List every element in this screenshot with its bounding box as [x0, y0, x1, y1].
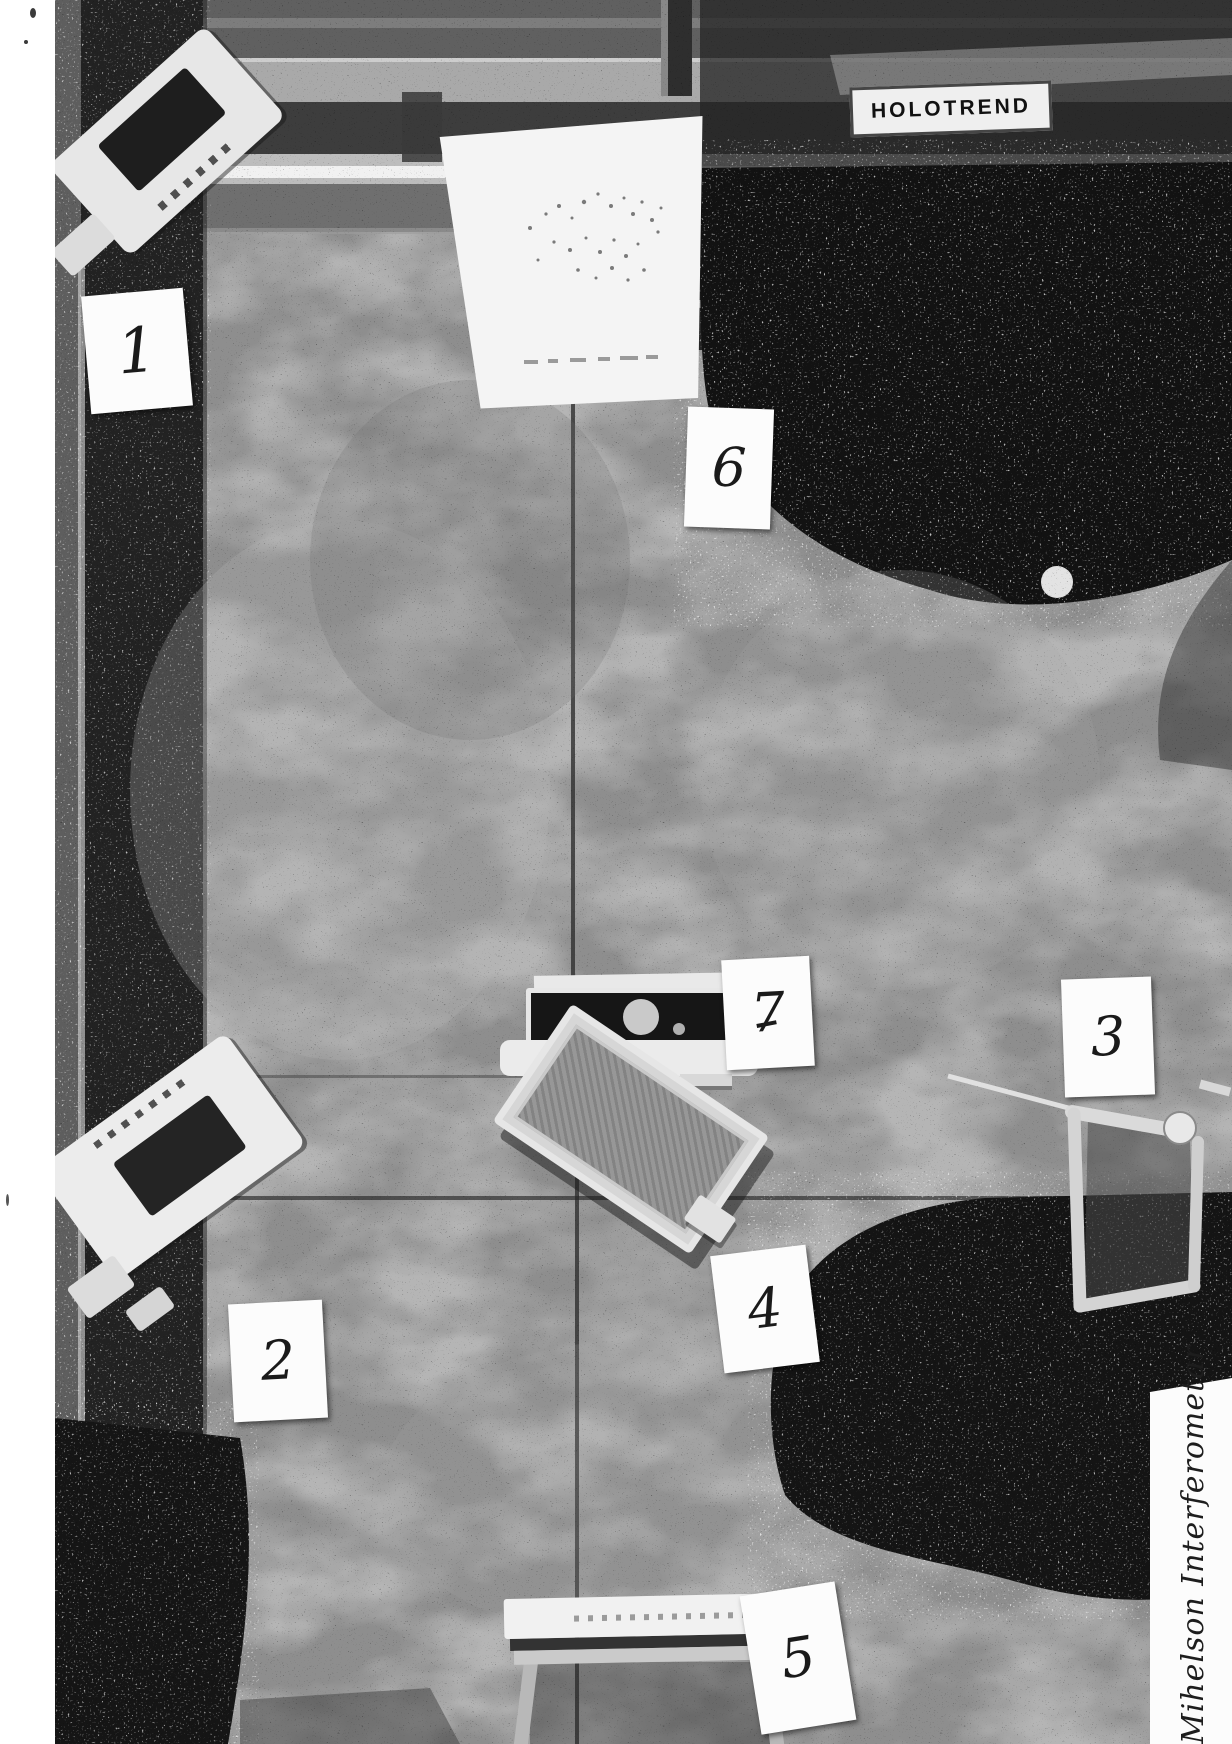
laser-2-foot-small	[125, 1286, 176, 1333]
scanned-page: HOLOTREND 1 2 3 4 5 6 7 Mihelson Interfe…	[0, 0, 1232, 1744]
marker-card-3: 3	[1061, 976, 1155, 1097]
marker-card-2: 2	[228, 1300, 328, 1423]
screen-6	[428, 110, 720, 410]
scan-margin-left	[0, 0, 55, 1744]
brand-label: HOLOTREND	[849, 80, 1053, 137]
ink-speck	[30, 8, 36, 18]
marker-number-7: 7	[749, 985, 786, 1041]
laser-2-body	[36, 1032, 306, 1281]
screen-6-fringes	[428, 110, 720, 410]
handwritten-annotation: Mihelson Interferometar	[1158, 1388, 1228, 1744]
laser-1-aperture	[97, 67, 226, 192]
marker-number-2: 2	[259, 1333, 296, 1389]
ink-speck	[6, 1194, 9, 1206]
marker-card-1: 1	[81, 288, 193, 414]
bench-5-shadow	[530, 1662, 770, 1744]
marker-card-6: 6	[684, 407, 774, 530]
mirror-mount-3-frame	[938, 1058, 1232, 1358]
bench-5-markings	[574, 1612, 750, 1622]
mirror-mount-3	[938, 1058, 1232, 1358]
marker-card-4: 4	[710, 1245, 820, 1374]
marker-number-6: 6	[711, 440, 747, 495]
marker-number-5: 5	[777, 1629, 819, 1688]
photo: HOLOTREND 1 2 3 4 5 6 7 Mihelson Interfe…	[0, 0, 1232, 1744]
marker-number-4: 4	[745, 1280, 786, 1338]
marker-card-7: 7	[721, 956, 815, 1070]
marker-number-1: 1	[115, 318, 160, 383]
handwritten-annotation-text: Mihelson Interferometar	[1176, 1345, 1211, 1744]
laser-2	[36, 1018, 316, 1338]
brand-label-text: HOLOTREND	[871, 94, 1032, 124]
marker-number-3: 3	[1090, 1009, 1126, 1064]
ink-speck	[24, 40, 28, 44]
beamsplitter-4	[492, 1008, 760, 1248]
laser-1	[56, 10, 306, 310]
